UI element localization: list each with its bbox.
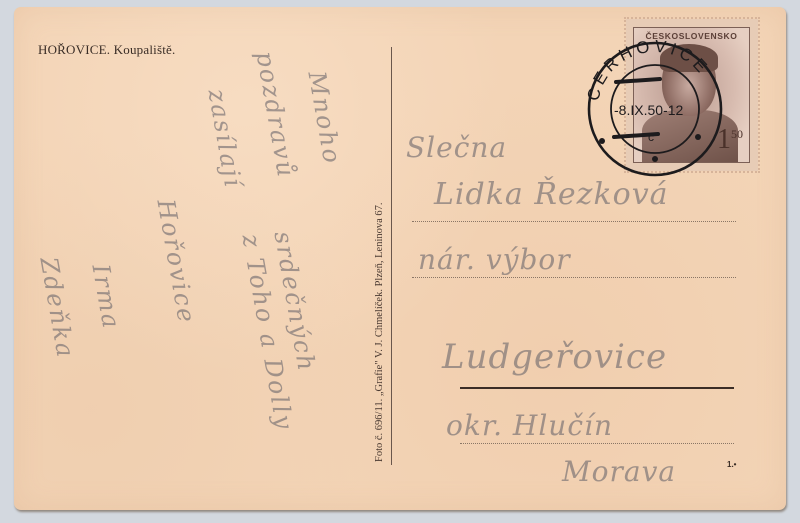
publisher-line: Foto č. 696/11. „Grafie" V. J. Chmelíček… [374, 42, 385, 462]
address-line2: nár. výbor [418, 243, 571, 276]
address-region: Morava [562, 455, 676, 488]
address-town-underline [460, 387, 734, 389]
postmark-cancellation: CERHOVICE -8.IX.50-12 c [580, 37, 730, 177]
postcard-back: HOŘOVICE. Koupaliště. Foto č. 696/11. „G… [14, 7, 786, 510]
print-mark: 1.• [727, 460, 736, 469]
svg-text:CERHOVICE: CERHOVICE [583, 37, 713, 103]
svg-text:-8.IX.50-12: -8.IX.50-12 [614, 102, 683, 118]
address-town: Ludgeřovice [442, 337, 667, 377]
address-district: okr. Hlučín [446, 409, 613, 442]
address-name: Lidka Řezková [434, 177, 669, 212]
vertical-divider [391, 47, 392, 465]
address-line-2 [412, 277, 736, 278]
address-salutation: Slečna [406, 131, 507, 164]
address-line-1 [412, 221, 736, 222]
svg-text:c: c [648, 130, 654, 144]
postcard-caption: HOŘOVICE. Koupaliště. [38, 42, 175, 58]
address-line-3 [460, 443, 734, 444]
